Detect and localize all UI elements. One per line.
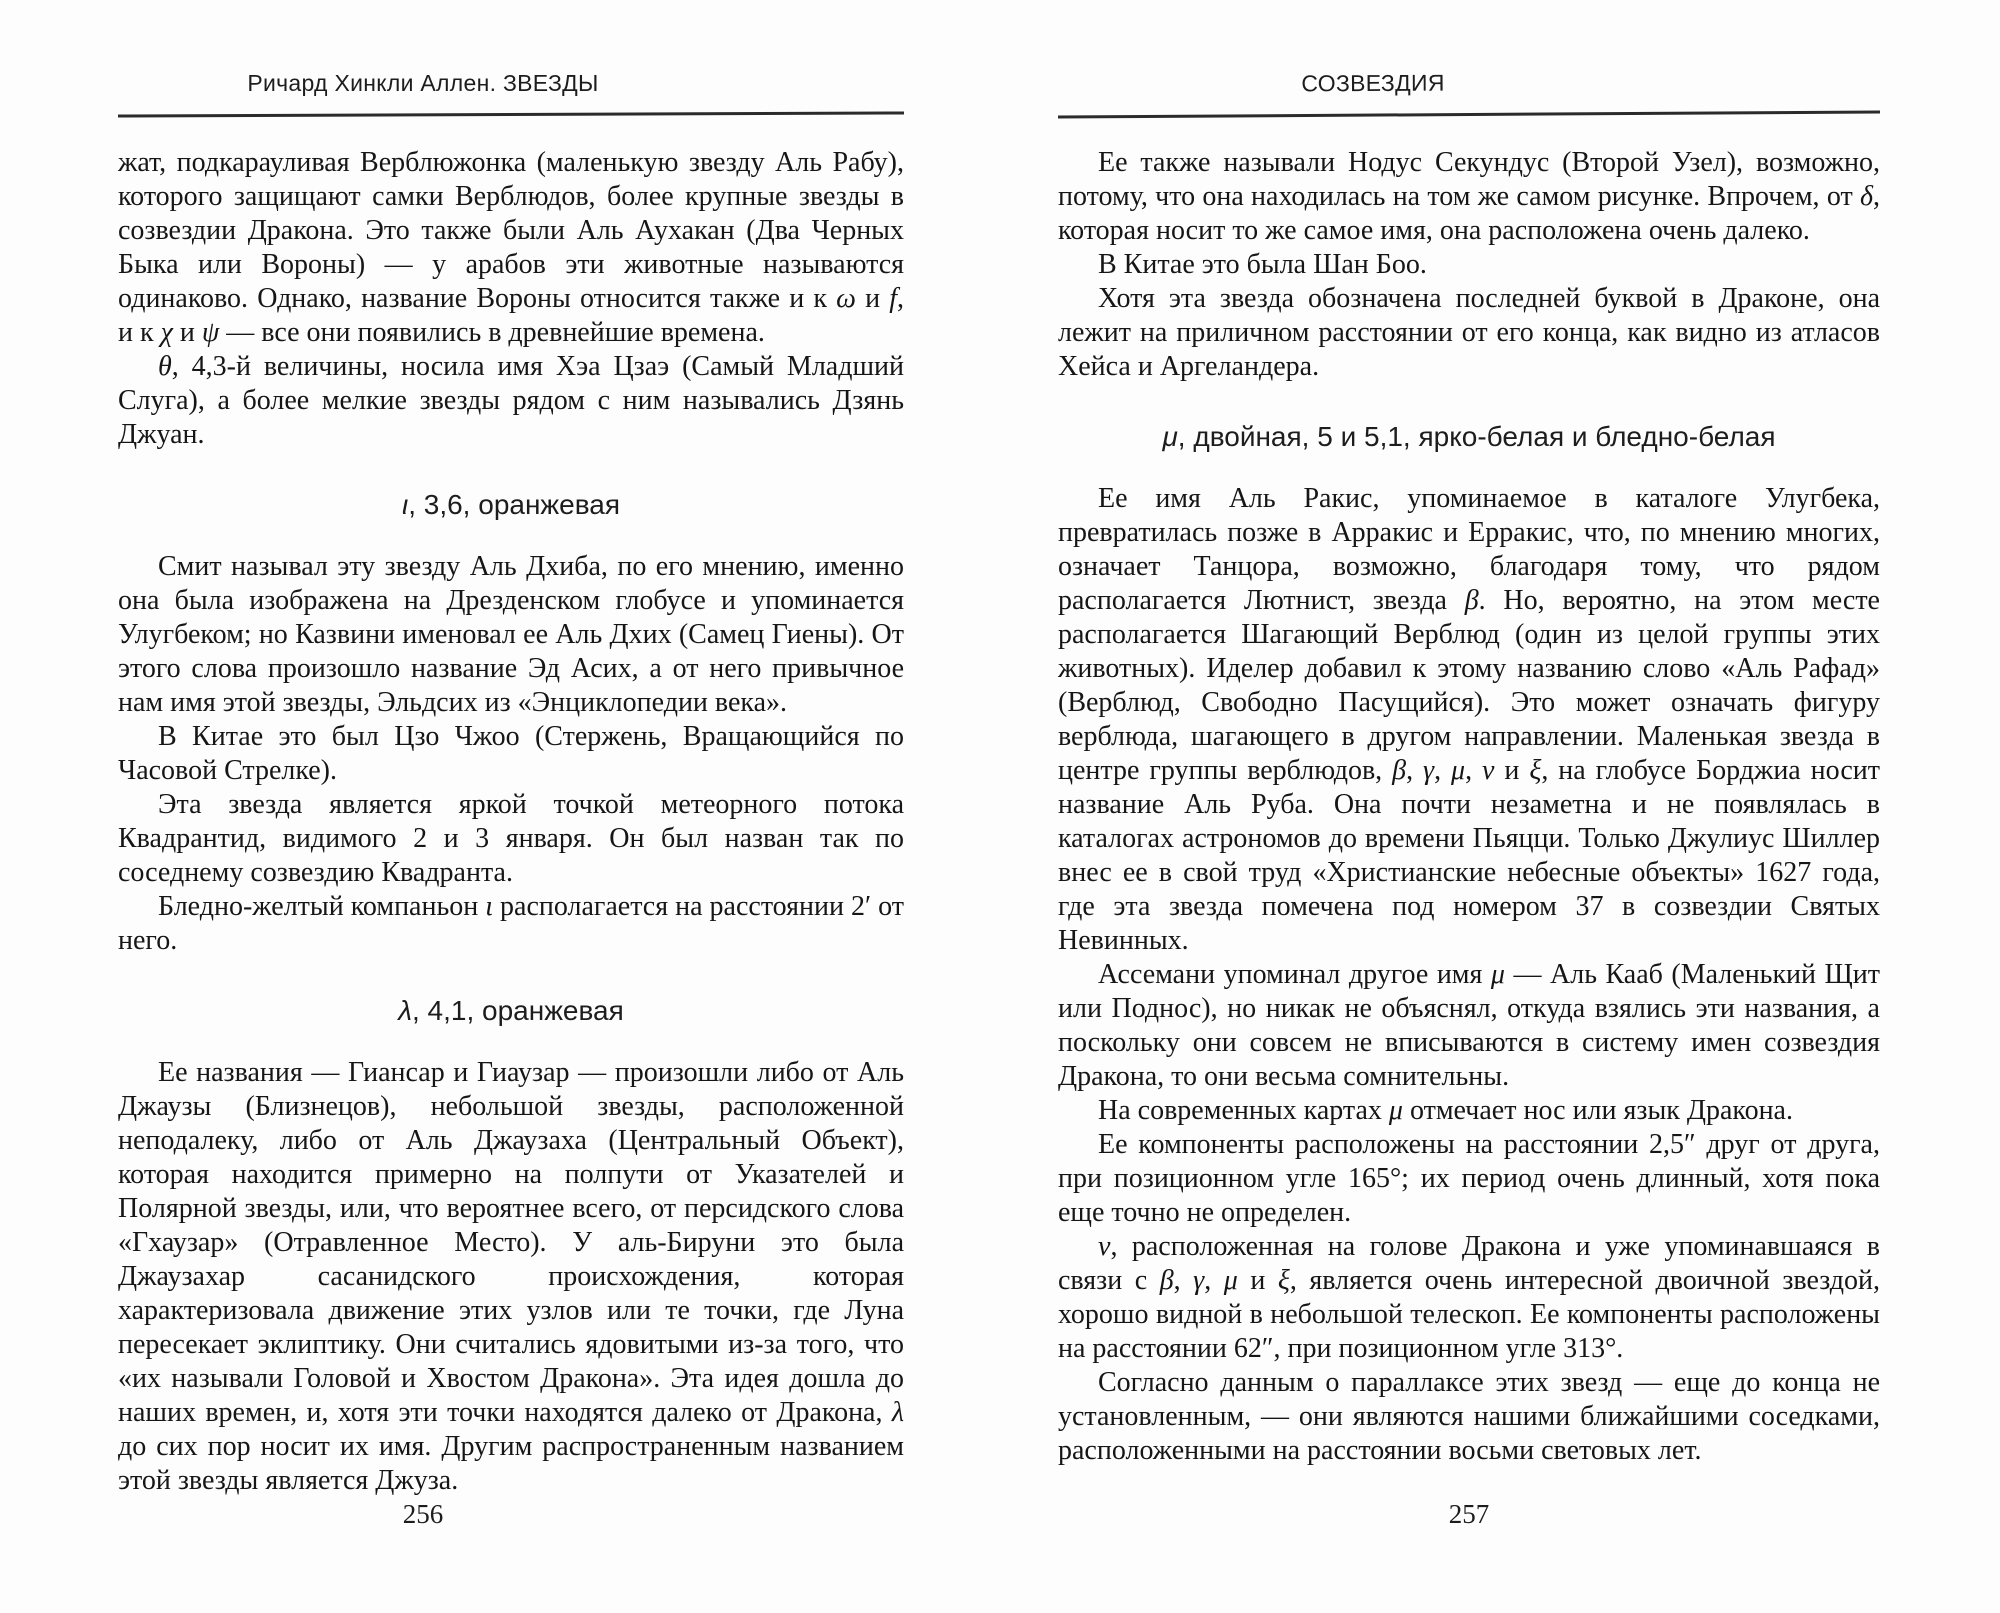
page-number: 256 <box>30 1499 816 1530</box>
page-number: 257 <box>1058 1499 1880 1530</box>
body-paragraph: Ее компоненты расположены на расстоянии … <box>1058 1128 1880 1230</box>
section-heading: ι, 3,6, оранжевая <box>118 488 904 522</box>
page-body-right: Ее также называли Нодус Секундус (Второй… <box>1058 146 1880 1468</box>
body-paragraph: Ассемани упоминал другое имя μ — Аль Каа… <box>1058 958 1880 1094</box>
body-paragraph: Согласно данным о параллаксе этих звезд … <box>1058 1366 1880 1468</box>
body-paragraph: Смит называл эту звезду Аль Дхиба, по ег… <box>118 550 904 720</box>
body-paragraph: Бледно-желтый компаньон ι располагается … <box>118 890 904 958</box>
running-head-right: СОЗВЕЗДИЯ <box>962 68 1784 99</box>
book-spread: Ричард Хинкли Аллен. ЗВЕЗДЫ жат, подкара… <box>0 0 2000 1613</box>
header-rule <box>1058 110 1880 118</box>
running-head-left: Ричард Хинкли Аллен. ЗВЕЗДЫ <box>30 70 816 97</box>
body-paragraph: жат, подкарауливая Верблюжонка (маленьку… <box>118 146 904 350</box>
body-paragraph: Хотя эта звезда обозначена последней бук… <box>1058 282 1880 384</box>
body-paragraph: ν, расположенная на голове Дракона и уже… <box>1058 1230 1880 1366</box>
section-heading: λ, 4,1, оранжевая <box>118 994 904 1028</box>
body-paragraph: θ, 4,3-й величины, носила имя Хэа Цзаэ (… <box>118 350 904 452</box>
body-paragraph: Ее также называли Нодус Секундус (Второй… <box>1058 146 1880 248</box>
right-page: СОЗВЕЗДИЯ Ее также называли Нодус Секунд… <box>1058 0 1880 1613</box>
body-paragraph: На современных картах μ отмечает нос или… <box>1058 1094 1880 1128</box>
section-heading: μ, двойная, 5 и 5,1, ярко-белая и бледно… <box>1058 420 1880 454</box>
body-paragraph: Ее имя Аль Ракис, упоминаемое в каталоге… <box>1058 482 1880 958</box>
body-paragraph: В Китае это была Шан Боо. <box>1058 248 1880 282</box>
header-rule <box>118 111 904 117</box>
body-paragraph: Ее названия — Гиансар и Гиаузар — произо… <box>118 1056 904 1498</box>
left-page: Ричард Хинкли Аллен. ЗВЕЗДЫ жат, подкара… <box>118 0 904 1613</box>
page-body-left: жат, подкарауливая Верблюжонка (маленьку… <box>118 146 904 1498</box>
body-paragraph: Эта звезда является яркой точкой метеорн… <box>118 788 904 890</box>
body-paragraph: В Китае это был Цзо Чжоо (Стержень, Вращ… <box>118 720 904 788</box>
